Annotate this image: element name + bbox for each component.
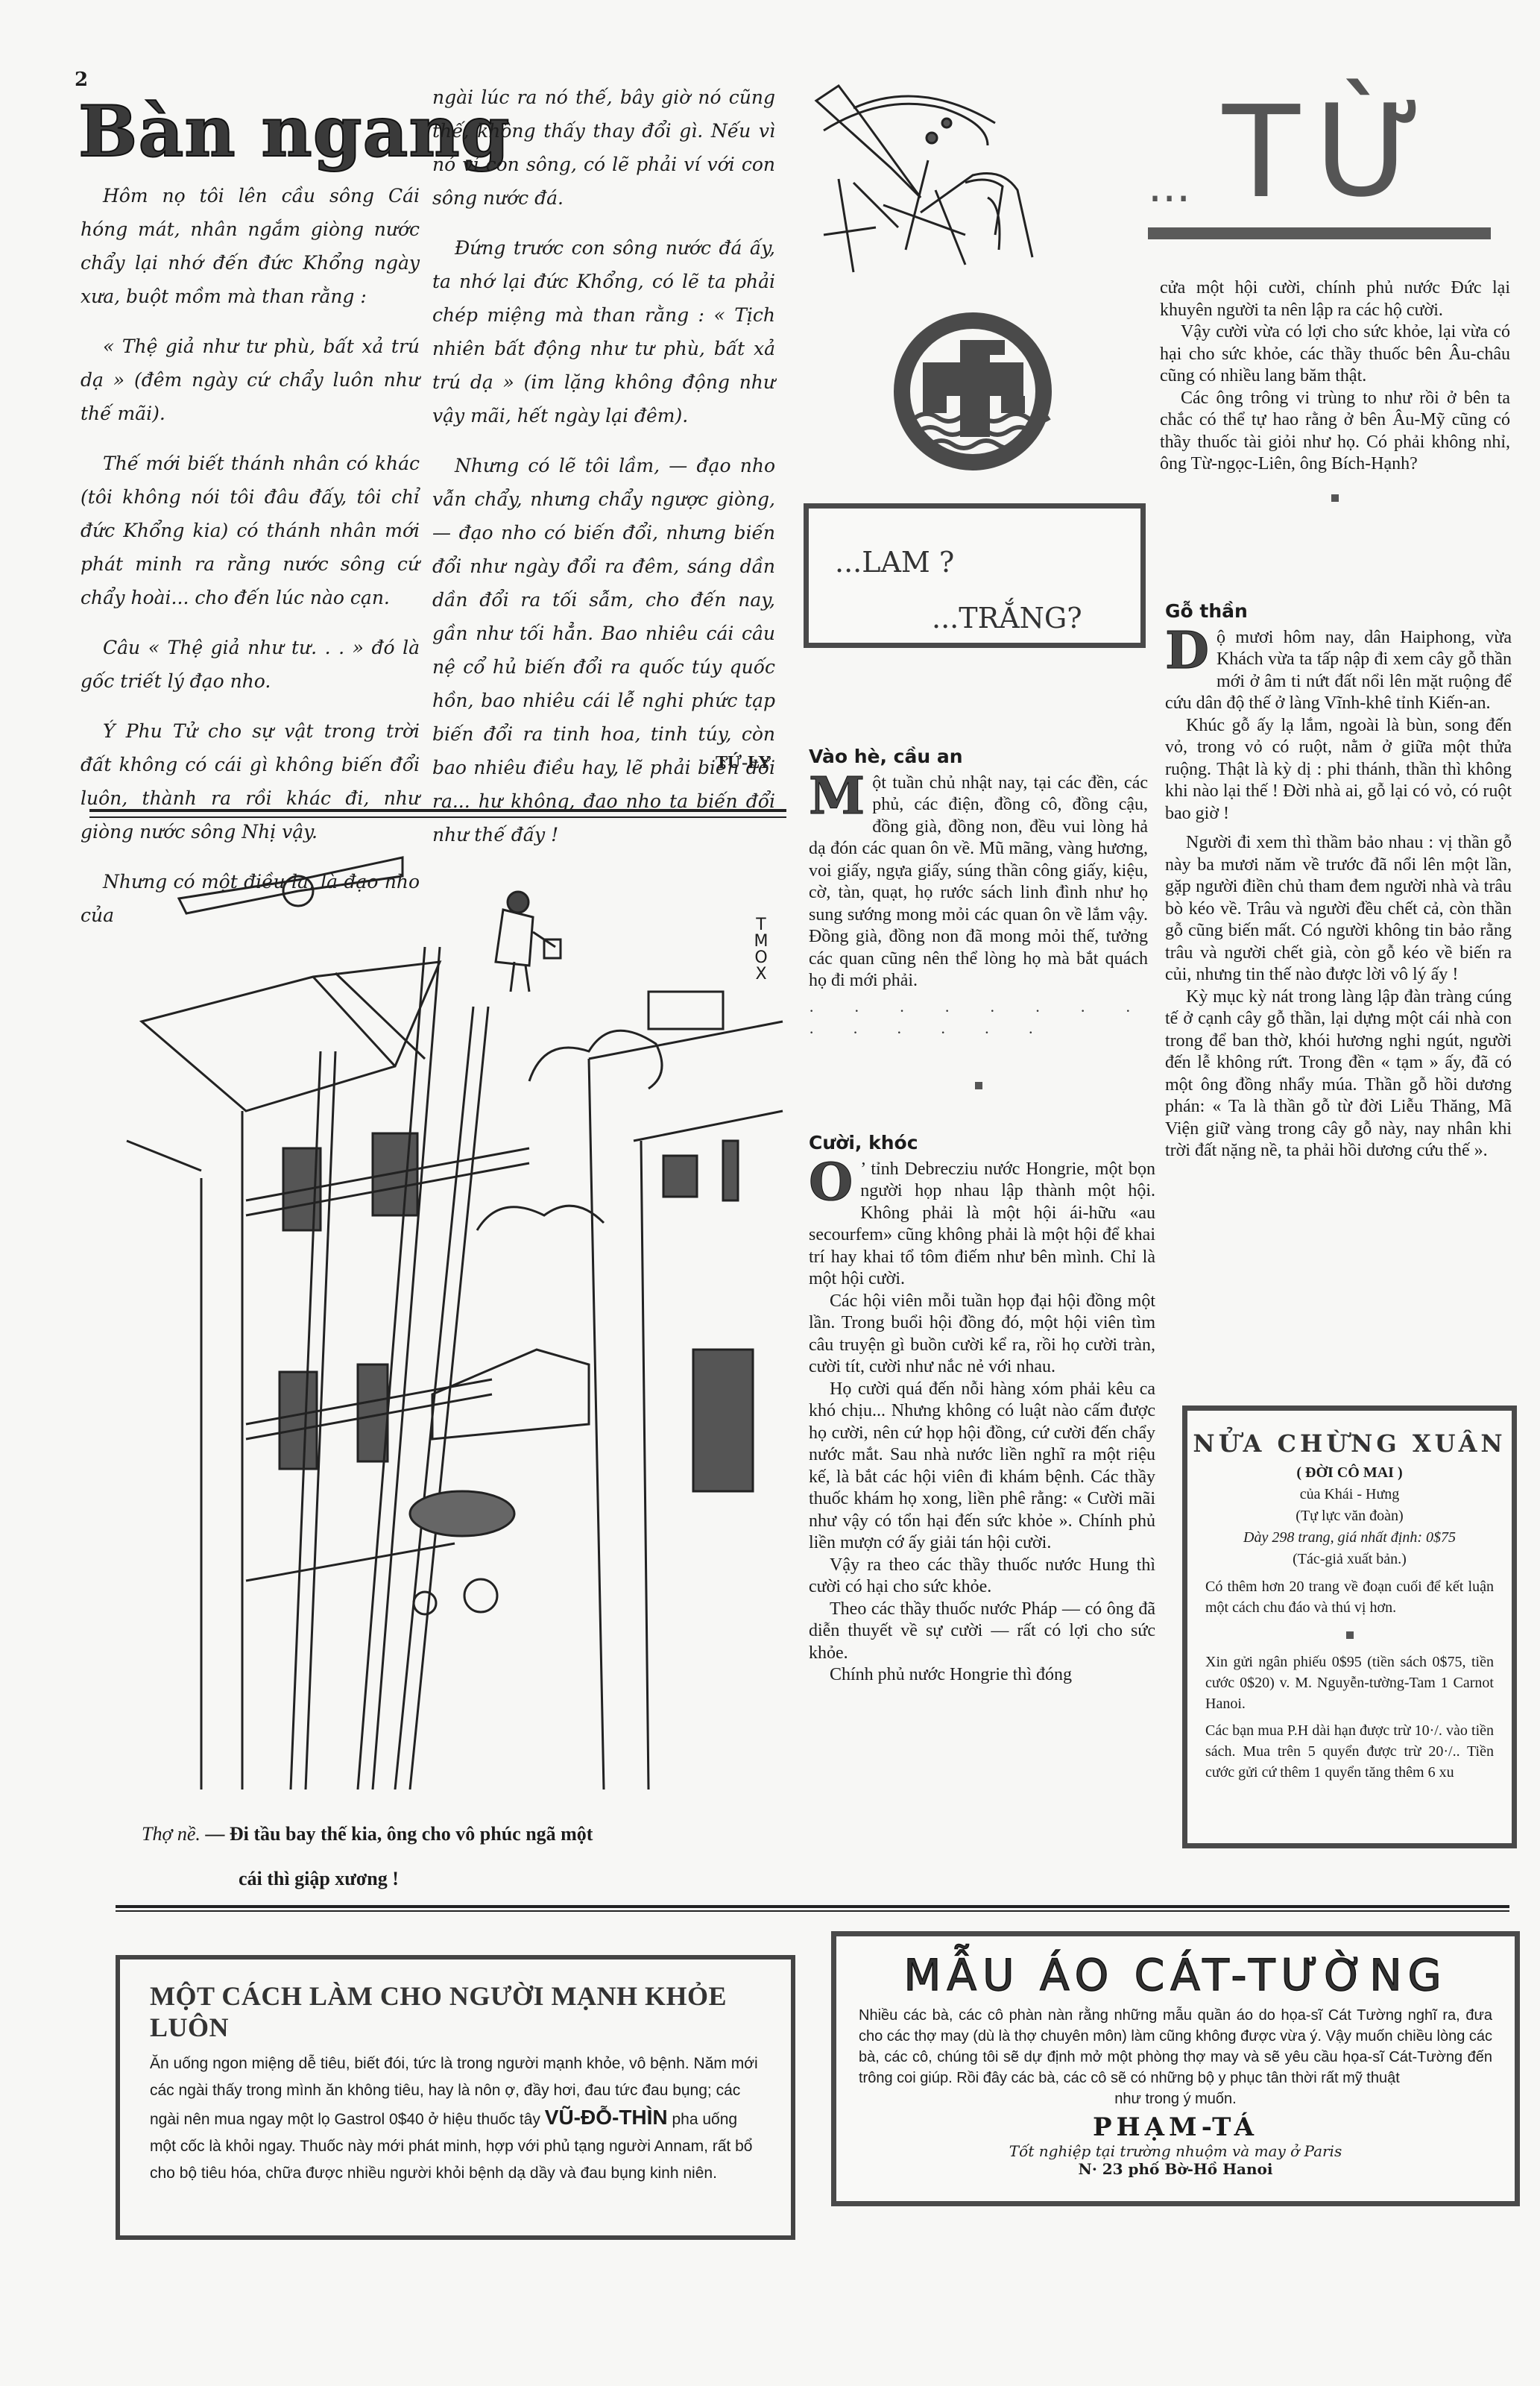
book-group: (Tự lực văn đoàn): [1187, 1505, 1512, 1527]
article-paragraph: Kỳ mục kỳ nát trong làng lập đàn tràng c…: [1165, 986, 1512, 1162]
intro-paragraph: cửa một hội cười, chính phủ nước Đức lại…: [1160, 277, 1510, 321]
caption-line-1: Đi tầu bay thế kia, ông cho vô phúc ngã …: [230, 1823, 593, 1845]
book-subtitle: ( ĐỜI CÔ MAI ): [1187, 1462, 1512, 1484]
tailor-ad-body-end: như trong ý muốn.: [859, 2088, 1492, 2109]
editorial-paragraph: Nhưng có lẽ tôi lầm, — đạo nho vẫn chẩy,…: [432, 449, 775, 852]
section-bullet: [1346, 1631, 1354, 1639]
book-order-info: Xin gửi ngân phiếu 0$95 (tiền sách 0$75,…: [1205, 1652, 1494, 1714]
book-author: của Khái - Hưng: [1187, 1484, 1512, 1505]
section-divider: [89, 809, 786, 818]
tailor-advertisement: MẪU ÁO CÁT-TƯỜNG Nhiều các bà, các cô ph…: [831, 1931, 1520, 2206]
article-paragraph: ộ mươi hôm nay, dân Haiphong, vừa Khách …: [1165, 627, 1512, 715]
caption-speaker: Thợ nề.: [142, 1823, 201, 1845]
dotted-separator: · · · · · · · · · · · · · ·: [809, 1000, 1148, 1044]
lam-question: ...LAM ?: [835, 546, 954, 579]
column-header-dots: ...: [1148, 160, 1190, 213]
intro-paragraph: Các ông trông vi trùng to như rồi ở bên …: [1160, 388, 1510, 476]
caption-line-2: cái thì giập xương !: [142, 1868, 399, 1889]
book-discount-info: Các bạn mua P.H dài hạn được trừ 10·/. v…: [1205, 1720, 1494, 1783]
drop-cap: D: [1165, 630, 1209, 672]
news-article-cuoi-khoc: Cười, khóc O ’ tỉnh Debrecziu nước Hongr…: [809, 1132, 1155, 1687]
tailor-ad-tagline: Tốt nghiệp tại trường nhuộm và may ở Par…: [836, 2142, 1515, 2160]
section-divider: [116, 1905, 1509, 1912]
article-paragraph: Theo các thầy thuốc nước Pháp — có ông đ…: [809, 1599, 1155, 1665]
book-price: Dày 298 trang, giá nhất định: 0$75: [1187, 1527, 1512, 1549]
tailor-ad-brand: PHẠM-TÁ: [836, 2112, 1515, 2142]
tailor-ad-address: N· 23 phố Bờ-Hồ Hanoi: [836, 2160, 1515, 2178]
editorial-column-2: ngài lúc ra nó thế, bây giờ nó cũng thế,…: [432, 81, 775, 868]
editorial-paragraph: ngài lúc ra nó thế, bây giờ nó cũng thế,…: [432, 81, 775, 215]
page-number: 2: [75, 69, 88, 91]
section-bullet: [975, 1082, 982, 1089]
article-heading: Gỗ thần: [1165, 600, 1512, 623]
article-paragraph: ’ tỉnh Debrecziu nước Hongrie, một bọn n…: [809, 1159, 1155, 1291]
medicine-ad-body: Ăn uống ngon miệng dễ tiêu, biết đói, tứ…: [150, 2050, 761, 2187]
article-heading: Vào hè, cầu an: [809, 746, 1148, 768]
article-paragraph: Người đi xem thì thầm bảo nhau : vị thần…: [1165, 832, 1512, 986]
editorial-paragraph: Hôm nọ tôi lên cầu sông Cái hóng mát, nh…: [81, 179, 420, 313]
drop-cap: M: [809, 775, 865, 817]
book-title: NỬA CHỪNG XUÂN: [1187, 1429, 1512, 1458]
medicine-advertisement: MỘT CÁCH LÀM CHO NGƯỜI MẠNH KHỎE LUÔN Ăn…: [116, 1955, 795, 2240]
mantis-illustration: [809, 78, 1159, 280]
book-advertisement: NỬA CHỪNG XUÂN ( ĐỜI CÔ MAI ) của Khái -…: [1182, 1406, 1517, 1848]
article-heading: Cười, khóc: [809, 1132, 1155, 1154]
trang-question: ...TRẮNG?: [932, 602, 1082, 635]
cartoon-caption: Thợ nề. — Đi tầu bay thế kia, ông cho vô…: [142, 1812, 812, 1901]
editorial-signature: TỨ-LY: [716, 753, 771, 773]
intro-paragraph: Vậy cười vừa có lợi cho sức khỏe, lại vừ…: [1160, 321, 1510, 388]
right-intro-column: cửa một hội cười, chính phủ nước Đức lại…: [1160, 277, 1510, 508]
tailor-ad-title: MẪU ÁO CÁT-TƯỜNG: [836, 1950, 1515, 2001]
news-article-vao-he: Vào hè, cầu an M ột tuần chủ nhật nay, t…: [809, 746, 1148, 1095]
editorial-paragraph: « Thệ giả như tư phù, bất xả trú dạ » (đ…: [81, 330, 420, 430]
article-paragraph: Vậy ra theo các thầy thuốc nước Hung thì…: [809, 1555, 1155, 1599]
cartoonist-signature: TMOX: [751, 917, 771, 983]
caption-dash: —: [201, 1823, 230, 1845]
article-paragraph: Các hội viên mỗi tuần họp đại hội đồng m…: [809, 1291, 1155, 1379]
cross-waves-emblem: [893, 312, 1053, 475]
book-note: Có thêm hơn 20 trang về đoạn cuối để kết…: [1205, 1576, 1494, 1618]
column-header-title: TỪ: [1222, 97, 1439, 209]
lam-trang-box: ...LAM ? ...TRẮNG?: [804, 503, 1146, 648]
section-bullet: [1331, 494, 1339, 502]
column-header-rule: [1148, 227, 1491, 239]
tailor-ad-body: Nhiều các bà, các cô phàn nàn rằng những…: [859, 2005, 1492, 2088]
editorial-paragraph: Câu « Thệ giả như tư. . . » đó là gốc tr…: [81, 631, 420, 698]
drop-cap: O: [809, 1162, 853, 1203]
article-paragraph: Khúc gỗ ấy lạ lắm, ngoài là bùn, song đế…: [1165, 715, 1512, 825]
news-article-go-than: Gỗ thần D ộ mươi hôm nay, dân Haiphong, …: [1165, 600, 1512, 1162]
editorial-paragraph: Thế mới biết thánh nhân có khác (tôi khô…: [81, 447, 420, 614]
article-paragraph: Chính phủ nước Hongrie thì đóng: [809, 1664, 1155, 1687]
article-paragraph: Họ cười quá đến nỗi hàng xóm phải kêu ca…: [809, 1379, 1155, 1555]
book-publisher: (Tác-giả xuất bản.): [1187, 1549, 1512, 1570]
cartoon-scaffolding-illustration: [112, 828, 790, 1789]
medicine-ad-brand: VŨ-ĐỖ-THÌN: [545, 2106, 668, 2129]
medicine-ad-title: MỘT CÁCH LÀM CHO NGƯỜI MẠNH KHỎE LUÔN: [150, 1980, 791, 2043]
editorial-paragraph: Đứng trước con sông nước đá ấy, ta nhớ l…: [432, 231, 775, 432]
